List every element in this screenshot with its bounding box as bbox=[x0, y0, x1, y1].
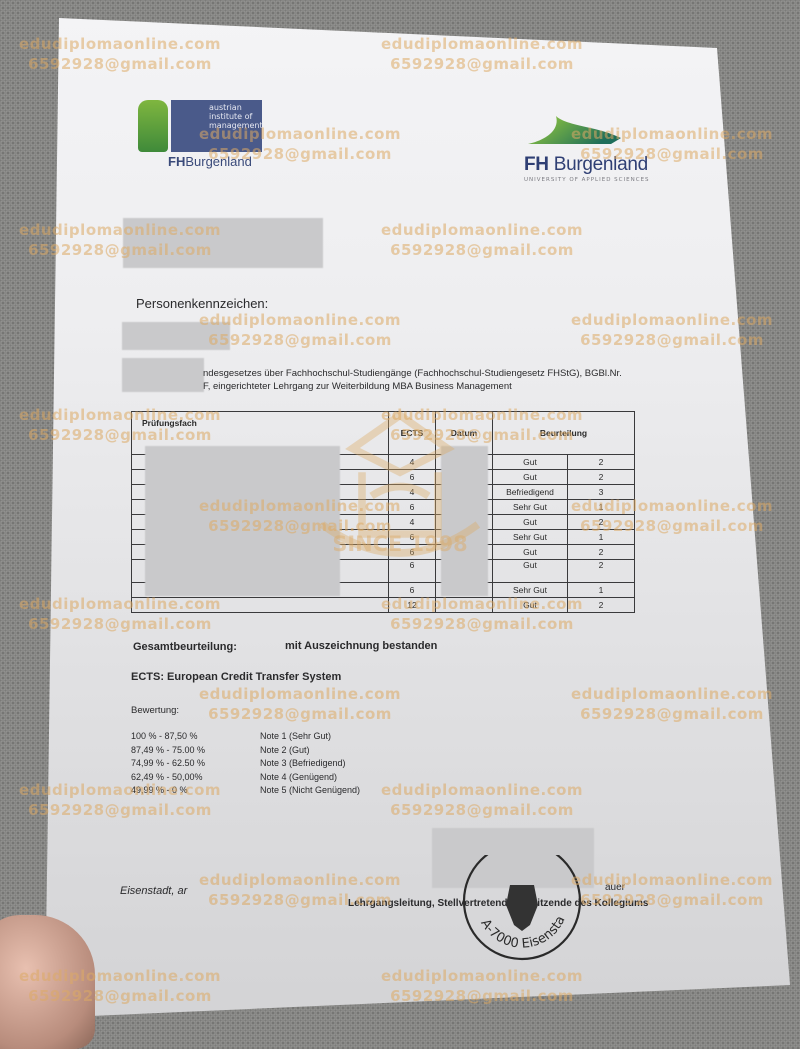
watermark-site: edudiplomaonline.com bbox=[372, 966, 592, 986]
watermark-site: edudiplomaonline.com bbox=[190, 496, 410, 516]
watermark-site: edudiplomaonline.com bbox=[562, 124, 782, 144]
watermark-site: edudiplomaonline.com bbox=[10, 405, 230, 425]
watermark-site: edudiplomaonline.com bbox=[562, 870, 782, 890]
legal-text-line-1: ndesgesetzes über Fachhochschul-Studieng… bbox=[203, 368, 622, 379]
watermark-email: 6592928@gmail.com bbox=[10, 240, 230, 260]
watermark-site: edudiplomaonline.com bbox=[372, 220, 592, 240]
watermark-site: edudiplomaonline.com bbox=[562, 496, 782, 516]
watermark-site: edudiplomaonline.com bbox=[10, 594, 230, 614]
aim-logo-a-mark bbox=[138, 100, 168, 152]
watermark-email: 6592928@gmail.com bbox=[10, 986, 230, 1006]
watermark-site: edudiplomaonline.com bbox=[372, 34, 592, 54]
scale-note: Note 1 (Sehr Gut) bbox=[260, 731, 331, 741]
watermark-email: 6592928@gmail.com bbox=[372, 425, 592, 445]
scale-range: 100 % - 87,50 % bbox=[131, 731, 198, 741]
scale-note: Note 4 (Genügend) bbox=[260, 772, 337, 782]
personal-id-label: Personenkennzeichen: bbox=[136, 296, 268, 311]
aim-fh-prefix: FH bbox=[168, 154, 185, 169]
grade-number-cell: 2 bbox=[568, 455, 635, 470]
watermark-site: edudiplomaonline.com bbox=[562, 310, 782, 330]
watermark-text: edudiplomaonline.com6592928@gmail.com bbox=[10, 405, 230, 445]
watermark-email: 6592928@gmail.com bbox=[190, 704, 410, 724]
watermark-text: edudiplomaonline.com6592928@gmail.com bbox=[372, 405, 592, 445]
watermark-text: edudiplomaonline.com6592928@gmail.com bbox=[562, 870, 782, 910]
watermark-text: edudiplomaonline.com6592928@gmail.com bbox=[190, 124, 410, 164]
fh-name-prefix: FH bbox=[524, 154, 549, 175]
watermark-text: edudiplomaonline.com6592928@gmail.com bbox=[562, 124, 782, 164]
watermark-text: edudiplomaonline.com6592928@gmail.com bbox=[562, 684, 782, 724]
aim-tagline-line: institute of bbox=[209, 112, 263, 121]
watermark-text: edudiplomaonline.com6592928@gmail.com bbox=[190, 310, 410, 350]
watermark-site: edudiplomaonline.com bbox=[10, 34, 230, 54]
watermark-site: edudiplomaonline.com bbox=[190, 124, 410, 144]
watermark-text: edudiplomaonline.com6592928@gmail.com bbox=[372, 594, 592, 634]
watermark-email: 6592928@gmail.com bbox=[10, 800, 230, 820]
watermark-email: 6592928@gmail.com bbox=[372, 54, 592, 74]
grade-number-cell: 2 bbox=[568, 560, 635, 583]
scale-range: 87,49 % - 75.00 % bbox=[131, 745, 205, 755]
overall-grade-label: Gesamtbeurteilung: bbox=[133, 641, 237, 653]
watermark-email: 6592928@gmail.com bbox=[190, 890, 410, 910]
watermark-text: edudiplomaonline.com6592928@gmail.com bbox=[10, 34, 230, 74]
scale-note: Note 3 (Befriedigend) bbox=[260, 758, 346, 768]
watermark-email: 6592928@gmail.com bbox=[562, 516, 782, 536]
overall-grade-value: mit Auszeichnung bestanden bbox=[285, 640, 437, 652]
watermark-email: 6592928@gmail.com bbox=[372, 800, 592, 820]
watermark-text: edudiplomaonline.com6592928@gmail.com bbox=[372, 34, 592, 74]
watermark-site: edudiplomaonline.com bbox=[190, 684, 410, 704]
watermark-text: edudiplomaonline.com6592928@gmail.com bbox=[562, 310, 782, 350]
scale-range: 74,99 % - 62.50 % bbox=[131, 758, 205, 768]
watermark-email: 6592928@gmail.com bbox=[372, 986, 592, 1006]
grading-scale-label: Bewertung: bbox=[131, 705, 179, 716]
watermark-email: 6592928@gmail.com bbox=[10, 54, 230, 74]
watermark-email: 6592928@gmail.com bbox=[562, 890, 782, 910]
watermark-site: edudiplomaonline.com bbox=[372, 780, 592, 800]
grade-number-cell: 2 bbox=[568, 470, 635, 485]
watermark-text: edudiplomaonline.com6592928@gmail.com bbox=[372, 220, 592, 260]
watermark-site: edudiplomaonline.com bbox=[10, 220, 230, 240]
watermark-text: edudiplomaonline.com6592928@gmail.com bbox=[190, 496, 410, 536]
watermark-email: 6592928@gmail.com bbox=[10, 425, 230, 445]
place-date: Eisenstadt, ar bbox=[120, 885, 187, 897]
watermark-text: edudiplomaonline.com6592928@gmail.com bbox=[10, 220, 230, 260]
watermark-email: 6592928@gmail.com bbox=[372, 614, 592, 634]
watermark-site: edudiplomaonline.com bbox=[10, 780, 230, 800]
watermark-email: 6592928@gmail.com bbox=[562, 330, 782, 350]
watermark-site: edudiplomaonline.com bbox=[372, 405, 592, 425]
watermark-text: edudiplomaonline.com6592928@gmail.com bbox=[10, 594, 230, 634]
watermark-site: edudiplomaonline.com bbox=[10, 966, 230, 986]
aim-tagline-line: austrian bbox=[209, 103, 263, 112]
watermark-text: edudiplomaonline.com6592928@gmail.com bbox=[190, 684, 410, 724]
watermark-email: 6592928@gmail.com bbox=[190, 144, 410, 164]
watermark-email: 6592928@gmail.com bbox=[10, 614, 230, 634]
watermark-text: edudiplomaonline.com6592928@gmail.com bbox=[562, 496, 782, 536]
watermark-email: 6592928@gmail.com bbox=[190, 516, 410, 536]
ects-title: ECTS: European Credit Transfer System bbox=[131, 671, 341, 683]
watermark-text: edudiplomaonline.com6592928@gmail.com bbox=[372, 966, 592, 1006]
redacted-law-prefix bbox=[122, 358, 204, 392]
watermark-email: 6592928@gmail.com bbox=[190, 330, 410, 350]
watermark-email: 6592928@gmail.com bbox=[562, 704, 782, 724]
watermark-email: 6592928@gmail.com bbox=[562, 144, 782, 164]
watermark-site: edudiplomaonline.com bbox=[190, 310, 410, 330]
watermark-text: edudiplomaonline.com6592928@gmail.com bbox=[10, 966, 230, 1006]
scale-note: Note 5 (Nicht Genügend) bbox=[260, 785, 360, 795]
scale-note: Note 2 (Gut) bbox=[260, 745, 310, 755]
watermark-site: edudiplomaonline.com bbox=[190, 870, 410, 890]
watermark-text: edudiplomaonline.com6592928@gmail.com bbox=[10, 780, 230, 820]
watermark-email: 6592928@gmail.com bbox=[372, 240, 592, 260]
grade-number-cell: 2 bbox=[568, 545, 635, 560]
fh-subtitle: UNIVERSITY OF APPLIED SCIENCES bbox=[524, 177, 650, 183]
watermark-text: edudiplomaonline.com6592928@gmail.com bbox=[372, 780, 592, 820]
watermark-site: edudiplomaonline.com bbox=[372, 594, 592, 614]
watermark-site: edudiplomaonline.com bbox=[562, 684, 782, 704]
watermark-text: edudiplomaonline.com6592928@gmail.com bbox=[190, 870, 410, 910]
